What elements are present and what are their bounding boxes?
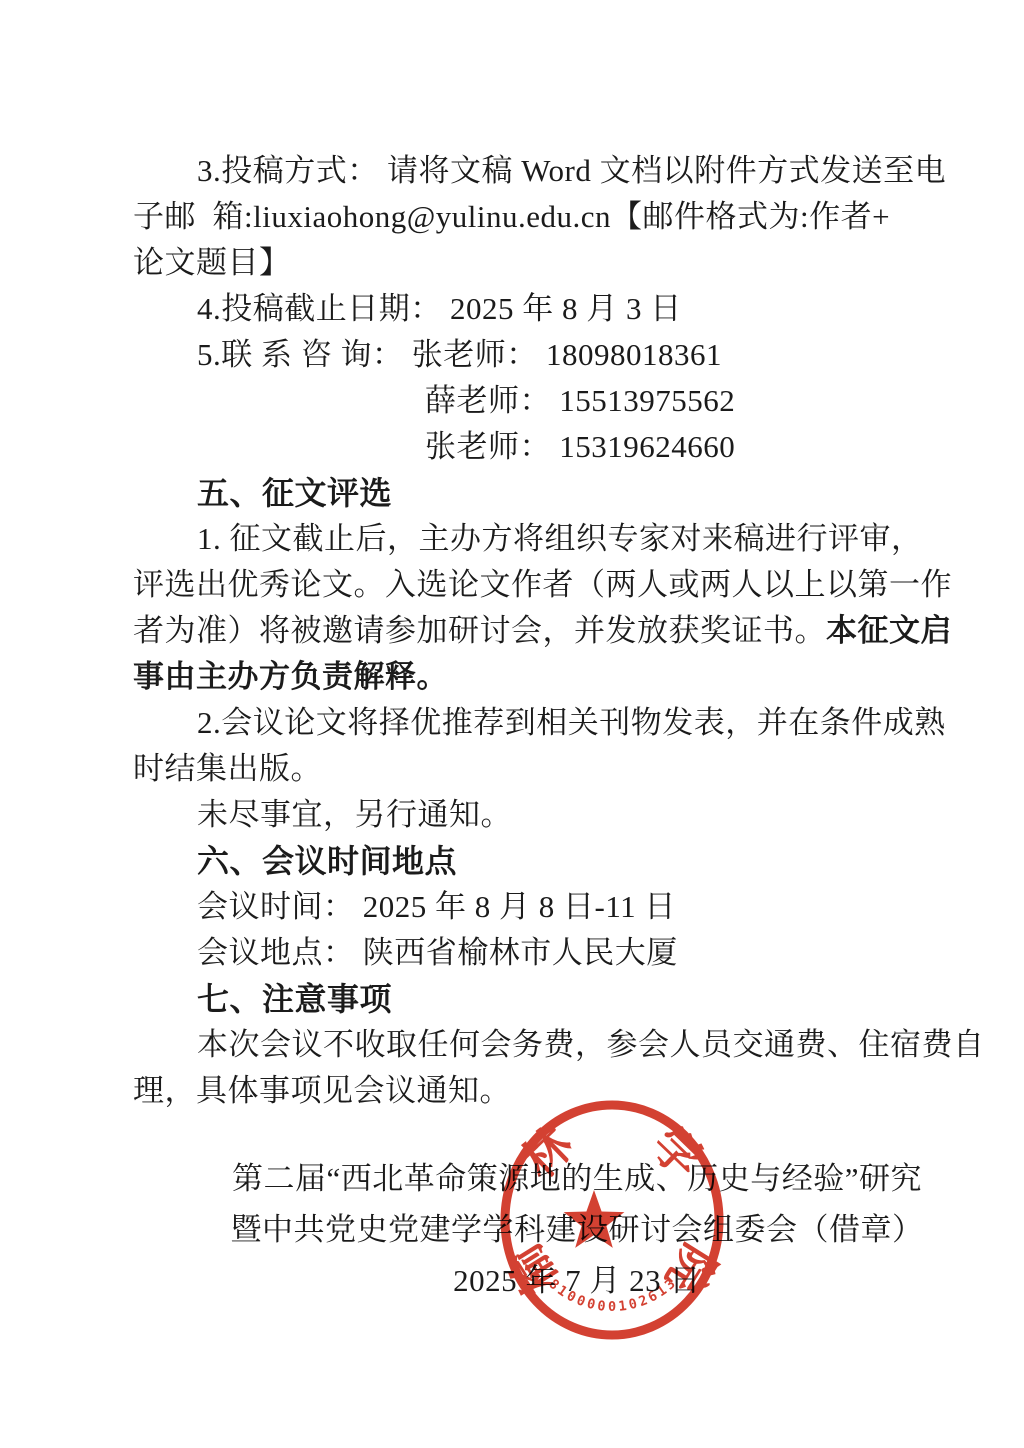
text-segment: 子邮 箱:liuxiaohong@yulinu.edu.cn【邮件格式为:作者+ xyxy=(133,199,890,234)
text-segment: 张老师： 15319624660 xyxy=(425,429,735,464)
text-segment: 2.会议论文将择优推荐到相关刊物发表，并在条件成熟 xyxy=(197,705,946,740)
text-segment: 本次会议不收取任何会务费，参会人员交通费、住宿费自 xyxy=(197,1027,985,1062)
document-line: 会议地点： 陕西省榆林市人民大厦 xyxy=(133,930,893,976)
text-segment: 论文题目】 xyxy=(133,245,291,280)
text-segment: 本征文启 xyxy=(826,613,952,648)
document-line: 3.投稿方式： 请将文稿 Word 文档以附件方式发送至电 xyxy=(133,148,893,194)
text-segment: 薛老师： 15513975562 xyxy=(425,383,735,418)
document-line: 未尽事宜，另行通知。 xyxy=(133,792,893,838)
text-segment: 六、会议时间地点 xyxy=(197,843,457,879)
text-segment: 5.联 系 咨 询： 张老师： 18098018361 xyxy=(197,337,722,372)
document-line: 会议时间： 2025 年 8 月 8 日-11 日 xyxy=(133,884,893,930)
document-line: 理，具体事项见会议通知。 xyxy=(133,1068,893,1114)
section-heading: 五、征文评选 xyxy=(133,470,893,516)
section-heading: 六、会议时间地点 xyxy=(133,838,893,884)
document-line: 1. 征文截止后，主办方将组织专家对来稿进行评审， xyxy=(133,516,893,562)
text-segment: 1. 征文截止后，主办方将组织专家对来稿进行评审， xyxy=(197,521,923,556)
signature-block: 第二届“西北革命策源地的生成、历史与经验”研究 暨中共党史党建学学科建设研讨会组… xyxy=(0,1153,1024,1306)
text-segment: 者为准）将被邀请参加研讨会，并发放获奖证书。 xyxy=(133,613,826,648)
signature-date: 2025 年 7 月 23 日 xyxy=(130,1255,1024,1306)
document-line: 5.联 系 咨 询： 张老师： 18098018361 xyxy=(133,332,893,378)
text-segment: 3.投稿方式： 请将文稿 Word 文档以附件方式发送至电 xyxy=(197,153,946,188)
text-segment: 会议时间： 2025 年 8 月 8 日-11 日 xyxy=(197,889,676,924)
section-heading: 七、注意事项 xyxy=(133,976,893,1022)
document-body: 3.投稿方式： 请将文稿 Word 文档以附件方式发送至电子邮 箱:liuxia… xyxy=(133,148,893,1114)
document-line: 评选出优秀论文。入选论文作者（两人或两人以上以第一作 xyxy=(133,562,893,608)
document-line: 张老师： 15319624660 xyxy=(133,424,893,470)
document-line: 论文题目】 xyxy=(133,240,893,286)
text-segment: 七、注意事项 xyxy=(197,981,392,1017)
document-line: 4.投稿截止日期： 2025 年 8 月 3 日 xyxy=(133,286,893,332)
document-line: 本次会议不收取任何会务费，参会人员交通费、住宿费自 xyxy=(133,1022,893,1068)
text-segment: 五、征文评选 xyxy=(197,475,392,511)
text-segment: 事由主办方负责解释。 xyxy=(133,659,448,694)
text-segment: 时结集出版。 xyxy=(133,751,322,786)
document-line: 事由主办方负责解释。 xyxy=(133,654,893,700)
text-segment: 理，具体事项见会议通知。 xyxy=(133,1073,511,1108)
text-segment: 评选出优秀论文。入选论文作者（两人或两人以上以第一作 xyxy=(133,567,952,602)
document-page: 3.投稿方式： 请将文稿 Word 文档以附件方式发送至电子邮 箱:liuxia… xyxy=(0,0,1024,1448)
document-line: 子邮 箱:liuxiaohong@yulinu.edu.cn【邮件格式为:作者+ xyxy=(133,194,893,240)
document-line: 者为准）将被邀请参加研讨会，并发放获奖证书。本征文启 xyxy=(133,608,893,654)
text-segment: 未尽事宜，另行通知。 xyxy=(197,797,512,832)
document-line: 薛老师： 15513975562 xyxy=(133,378,893,424)
text-segment: 会议地点： 陕西省榆林市人民大厦 xyxy=(197,935,678,970)
text-segment: 4.投稿截止日期： 2025 年 8 月 3 日 xyxy=(197,291,682,326)
signature-line-organizer-2: 暨中共党史党建学学科建设研讨会组委会（借章） xyxy=(130,1204,1024,1255)
signature-line-organizer-1: 第二届“西北革命策源地的生成、历史与经验”研究 xyxy=(130,1153,1024,1204)
document-line: 2.会议论文将择优推荐到相关刊物发表，并在条件成熟 xyxy=(133,700,893,746)
document-line: 时结集出版。 xyxy=(133,746,893,792)
